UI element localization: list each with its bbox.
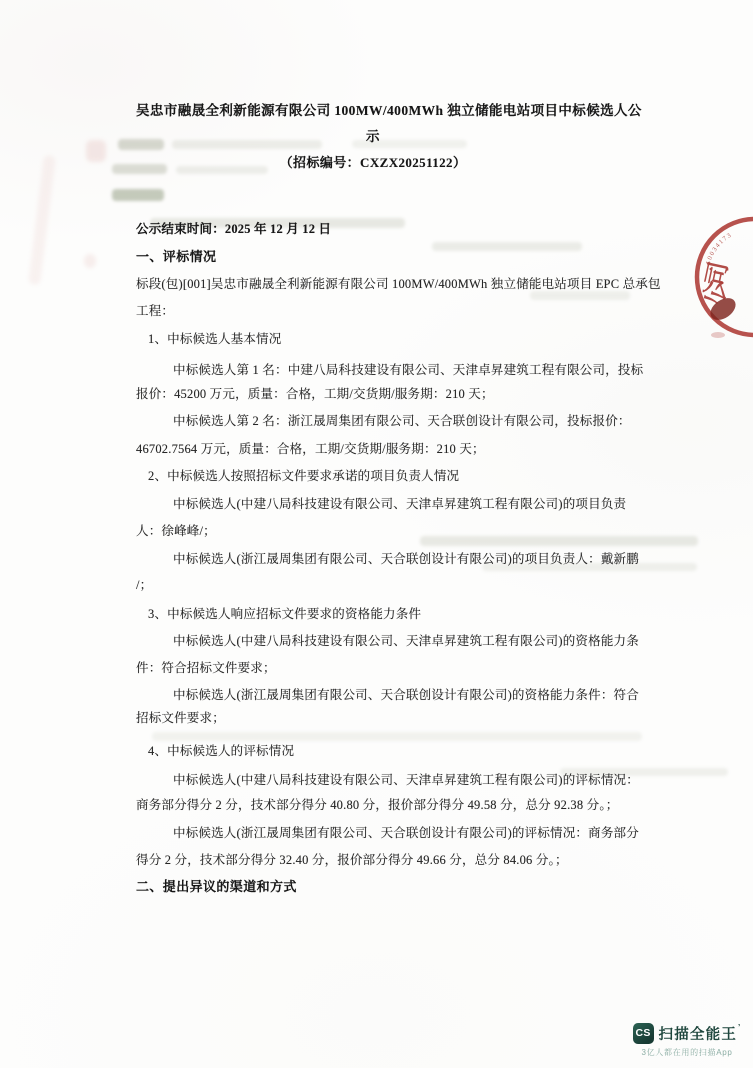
doc-title-line-2: 示 [136,129,610,145]
manager-1-line-1: 中标候选人(中建八局科技建设有限公司、天津卓昇建筑工程有限公司)的项目负责 [136,496,647,512]
camscanner-cs-icon: CS [633,1023,654,1044]
item-1-heading: 1、中标候选人基本情况 [136,331,622,347]
publicity-end-time: 公示结束时间：2025 年 12 月 12 日 [136,221,610,237]
candidate-2-line-1: 中标候选人第 2 名：浙江晟周集团有限公司、天合联创设计有限公司，投标报价： [136,413,647,429]
seal-ink-smudge [711,332,725,338]
candidate-1-line-1: 中标候选人第 1 名：中建八局科技建设有限公司、天津卓昇建筑工程有限公司，投标 [136,362,647,378]
candidate-1-line-2: 报价：45200 万元，质量：合格，工期/交货期/服务期：210 天； [136,386,610,402]
scores-1-line-2: 商务部分得分 2 分，技术部分得分 40.80 分，报价部分得分 49.58 分… [136,797,610,813]
item-3-heading: 3、中标候选人响应招标文件要求的资格能力条件 [136,606,622,622]
bid-number: （招标编号：CXZX20251122） [136,155,610,171]
scanned-document-page: 10034173 司 公 吴忠市融晟全利新能源有限公司 100MW/400MWh… [0,0,753,1068]
manager-2-line-2: /； [136,577,610,593]
camscanner-app-name: 扫描全能王’ [659,1023,742,1044]
manager-1-line-2: 人：徐峰峰/； [136,523,610,539]
ink-bleed-ghost [28,155,56,285]
section-2-heading: 二、提出异议的渠道和方式 [136,879,610,895]
section-1-heading: 一、评标情况 [136,249,610,265]
scores-2-line-1: 中标候选人(浙江晟周集团有限公司、天合联创设计有限公司)的评标情况：商务部分 [136,825,647,841]
ink-bleed-ghost [86,140,106,162]
camscanner-watermark: CS 扫描全能王’ 3亿人都在用的扫描App [634,1023,740,1058]
camscanner-trademark: ’ [738,1023,741,1032]
item-4-heading: 4、中标候选人的评标情况 [136,743,622,759]
ink-bleed-ghost [152,732,642,741]
camscanner-logo-row: CS 扫描全能王’ [634,1023,740,1044]
item-2-heading: 2、中标候选人按照招标文件要求承诺的项目负责人情况 [136,468,622,484]
qualification-2-line-1: 中标候选人(浙江晟周集团有限公司、天合联创设计有限公司)的资格能力条件：符合 [136,687,647,703]
ink-bleed-ghost [112,189,164,201]
candidate-2-line-2: 46702.7564 万元，质量：合格，工期/交货期/服务期：210 天； [136,441,610,457]
camscanner-tagline: 3亿人都在用的扫描App [634,1047,740,1058]
scores-1-line-1: 中标候选人(中建八局科技建设有限公司、天津卓昇建筑工程有限公司)的评标情况： [136,772,647,788]
ink-bleed-ghost [84,254,96,268]
ink-bleed-ghost [530,291,630,300]
lot-description-line-1: 标段(包)[001]吴忠市融晟全利新能源有限公司 100MW/400MWh 独立… [136,276,610,292]
qualification-2-line-2: 招标文件要求； [136,710,610,726]
scores-2-line-2: 得分 2 分，技术部分得分 32.40 分，报价部分得分 49.66 分，总分 … [136,852,610,868]
qualification-1-line-2: 件：符合招标文件要求； [136,660,610,676]
manager-2-line-1: 中标候选人(浙江晟周集团有限公司、天合联创设计有限公司)的项目负责人：戴新鹏 [136,551,647,567]
camscanner-app-name-text: 扫描全能王 [659,1027,738,1043]
lot-description-line-2: 工程： [136,303,610,319]
company-seal-stamp: 10034173 司 公 [655,195,753,360]
doc-title-line-1: 吴忠市融晟全利新能源有限公司 100MW/400MWh 独立储能电站项目中标候选… [136,103,610,119]
qualification-1-line-1: 中标候选人(中建八局科技建设有限公司、天津卓昇建筑工程有限公司)的资格能力条 [136,633,647,649]
